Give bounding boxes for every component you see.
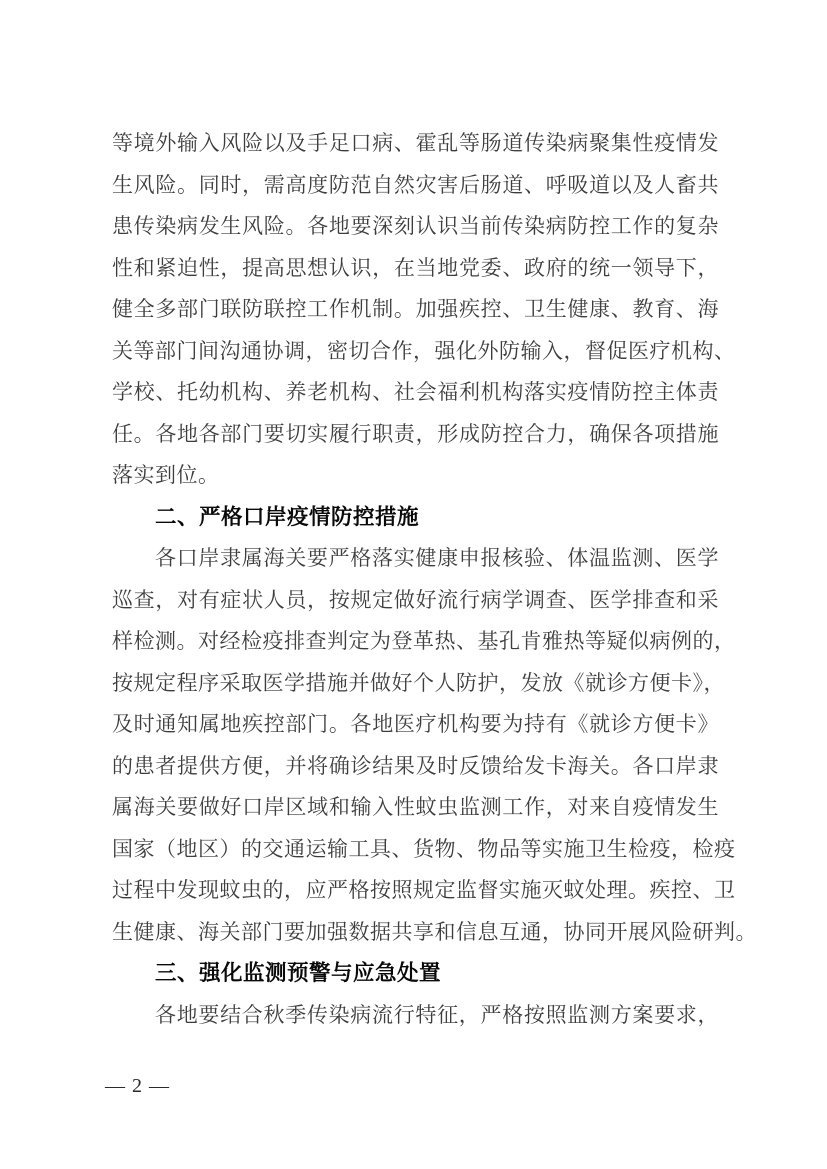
document-line: 患传染病发生风险。各地要深刻认识当前传染病防控工作的复杂 [112, 206, 719, 248]
section-heading: 二、严格口岸疫情防控措施 [112, 497, 719, 539]
document-body: 等境外输入风险以及手足口病、霍乱等肠道传染病聚集性疫情发 生风险。同时，需高度防… [112, 123, 719, 1036]
document-line: 落实到位。 [112, 455, 719, 497]
page-number: — 2 — [105, 1075, 170, 1097]
document-line: 国家（地区）的交通运输工具、货物、物品等实施卫生检疫，检疫 [112, 829, 719, 871]
document-line: 的患者提供方便，并将确诊结果及时反馈给发卡海关。各口岸隶 [112, 746, 719, 788]
document-line: 过程中发现蚊虫的，应严格按照规定监督实施灭蚊处理。疾控、卫 [112, 870, 719, 912]
document-line: 关等部门间沟通协调，密切合作，强化外防输入，督促医疗机构、 [112, 331, 719, 373]
document-line: 健全多部门联防联控工作机制。加强疾控、卫生健康、教育、海 [112, 289, 719, 331]
document-line: 及时通知属地疾控部门。各地医疗机构要为持有《就诊方便卡》 [112, 704, 719, 746]
document-line: 等境外输入风险以及手足口病、霍乱等肠道传染病聚集性疫情发 [112, 123, 719, 165]
section-heading: 三、强化监测预警与应急处置 [112, 953, 719, 995]
document-line: 任。各地各部门要切实履行职责，形成防控合力，确保各项措施 [112, 414, 719, 456]
document-line: 学校、托幼机构、养老机构、社会福利机构落实疫情防控主体责 [112, 372, 719, 414]
document-line: 样检测。对经检疫排查判定为登革热、基孔肯雅热等疑似病例的， [112, 621, 719, 663]
document-line: 按规定程序采取医学措施并做好个人防护，发放《就诊方便卡》， [112, 663, 719, 705]
document-line: 生健康、海关部门要加强数据共享和信息互通，协同开展风险研判。 [112, 912, 719, 954]
document-line: 各口岸隶属海关要严格落实健康申报核验、体温监测、医学 [112, 538, 719, 580]
document-line: 各地要结合秋季传染病流行特征，严格按照监测方案要求， [112, 995, 719, 1037]
document-page: 等境外输入风险以及手足口病、霍乱等肠道传染病聚集性疫情发 生风险。同时，需高度防… [0, 0, 827, 1169]
document-line: 生风险。同时，需高度防范自然灾害后肠道、呼吸道以及人畜共 [112, 165, 719, 207]
document-line: 巡查，对有症状人员，按规定做好流行病学调查、医学排查和采 [112, 580, 719, 622]
document-line: 性和紧迫性，提高思想认识，在当地党委、政府的统一领导下， [112, 248, 719, 290]
document-line: 属海关要做好口岸区域和输入性蚊虫监测工作，对来自疫情发生 [112, 787, 719, 829]
